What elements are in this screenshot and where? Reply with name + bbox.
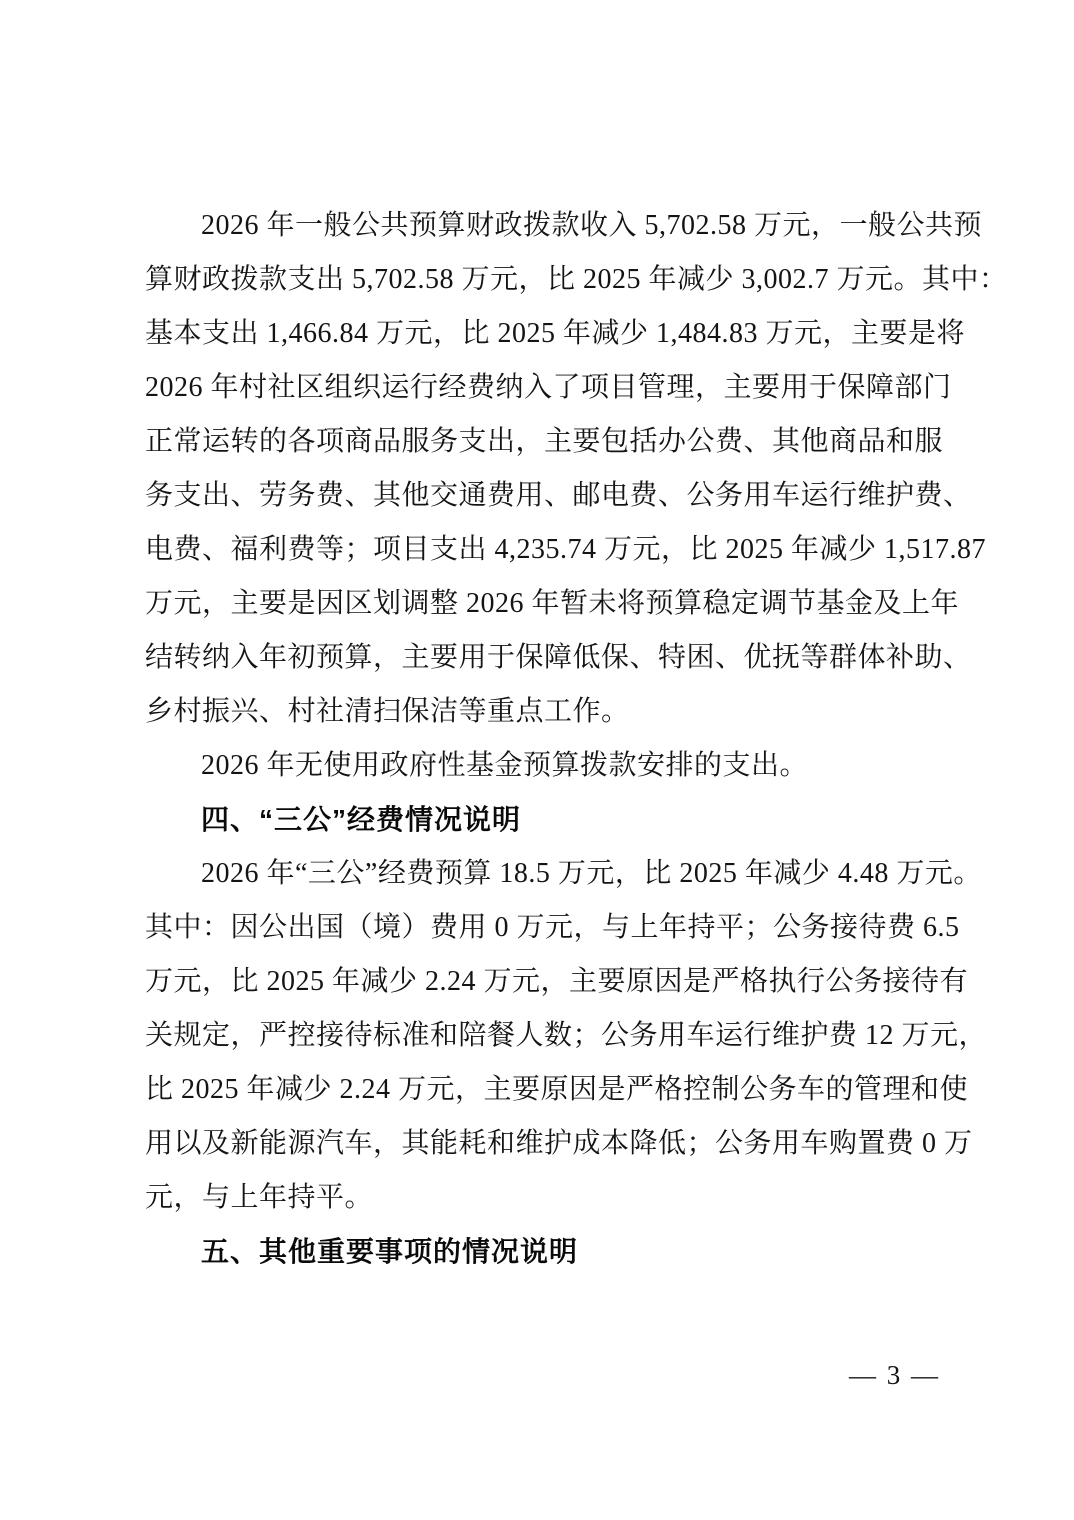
text-line: 2026 年“三公”经费预算 18.5 万元，比 2025 年减少 4.48 万… — [145, 847, 969, 901]
paragraph-government-fund: 2026 年无使用政府性基金预算拨款安排的支出。 — [145, 739, 969, 793]
text-line: 电费、福利费等；项目支出 4,235.74 万元，比 2025 年减少 1,51… — [145, 523, 969, 577]
section-heading-5: 五、其他重要事项的情况说明 — [145, 1225, 969, 1279]
text-line: 万元，主要是因区划调整 2026 年暂未将预算稳定调节基金及上年 — [145, 577, 969, 631]
text-line: 基本支出 1,466.84 万元，比 2025 年减少 1,484.83 万元，… — [145, 307, 969, 361]
text-line: 关规定，严控接待标准和陪餐人数；公务用车运行维护费 12 万元， — [145, 1009, 969, 1063]
document-body: 2026 年一般公共预算财政拨款收入 5,702.58 万元，一般公共预 算财政… — [145, 199, 969, 1279]
text-line: 万元，比 2025 年减少 2.24 万元，主要原因是严格执行公务接待有 — [145, 955, 969, 1009]
text-line: 元，与上年持平。 — [145, 1171, 969, 1225]
document-page: 2026 年一般公共预算财政拨款收入 5,702.58 万元，一般公共预 算财政… — [0, 0, 1074, 1520]
page-number: — 3 — — [849, 1358, 940, 1392]
section-heading-4: 四、“三公”经费情况说明 — [145, 793, 969, 847]
text-line: 用以及新能源汽车，其能耗和维护成本降低；公务用车购置费 0 万 — [145, 1117, 969, 1171]
text-line: 2026 年村社区组织运行经费纳入了项目管理，主要用于保障部门 — [145, 361, 969, 415]
paragraph-fiscal-appropriation: 2026 年一般公共预算财政拨款收入 5,702.58 万元，一般公共预 算财政… — [145, 199, 969, 739]
text-line: 其中：因公出国（境）费用 0 万元，与上年持平；公务接待费 6.5 — [145, 901, 969, 955]
paragraph-three-public-expenses: 2026 年“三公”经费预算 18.5 万元，比 2025 年减少 4.48 万… — [145, 847, 969, 1225]
text-line: 正常运转的各项商品服务支出，主要包括办公费、其他商品和服 — [145, 415, 969, 469]
text-line: 2026 年无使用政府性基金预算拨款安排的支出。 — [145, 739, 969, 793]
text-line: 务支出、劳务费、其他交通费用、邮电费、公务用车运行维护费、 — [145, 469, 969, 523]
text-line: 2026 年一般公共预算财政拨款收入 5,702.58 万元，一般公共预 — [145, 199, 969, 253]
heading-text: 四、“三公”经费情况说明 — [145, 793, 969, 847]
text-line: 乡村振兴、村社清扫保洁等重点工作。 — [145, 685, 969, 739]
text-line: 算财政拨款支出 5,702.58 万元，比 2025 年减少 3,002.7 万… — [145, 253, 969, 307]
text-line: 结转纳入年初预算，主要用于保障低保、特困、优抚等群体补助、 — [145, 631, 969, 685]
text-line: 比 2025 年减少 2.24 万元，主要原因是严格控制公务车的管理和使 — [145, 1063, 969, 1117]
heading-text: 五、其他重要事项的情况说明 — [145, 1225, 969, 1279]
